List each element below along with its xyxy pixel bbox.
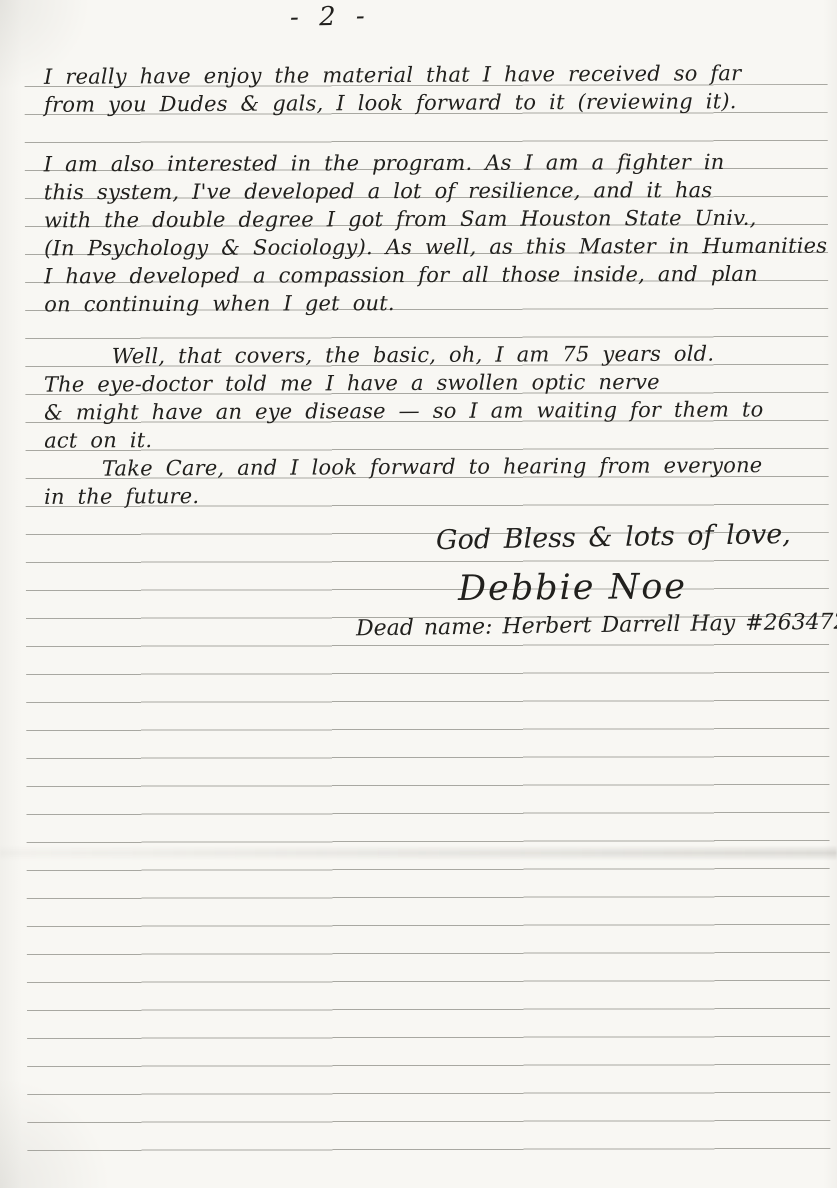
paragraph-program: I am also interested in the program. As … [44,148,828,319]
paragraph-health: Well, that covers, the basic, oh, I am 7… [44,339,764,454]
paragraph-farewell: Take Care, and I look forward to hearing… [44,451,763,511]
paragraph-intro: I really have enjoy the material that I … [44,59,742,119]
handwritten-line: I have developed a compassion for all th… [44,260,827,291]
handwritten-line: on continuing when I get out. [44,288,827,319]
handwritten-line: act on it. [44,423,764,454]
handwritten-line: I really have enjoy the material that I … [44,59,742,91]
handwritten-line: Well, that covers, the basic, oh, I am 7… [44,339,764,370]
paper-fold-crease [0,845,837,861]
handwritten-line: (In Psychology & Sociology). As well, as… [44,232,827,263]
handwritten-line: from you Dudes & gals, I look forward to… [44,87,742,119]
handwritten-line: with the double degree I got from Sam Ho… [44,204,827,235]
handwritten-line: Take Care, and I look forward to hearing… [44,451,763,483]
handwritten-line: in the future. [44,479,763,511]
signature-name: Debbie Noe [458,567,687,609]
handwritten-line: I am also interested in the program. As … [44,148,827,179]
scanned-letter-page: - 2 - I really have enjoy the material t… [0,0,837,1188]
handwritten-line: this system, I've developed a lot of res… [44,176,827,207]
handwritten-line: The eye-doctor told me I have a swollen … [44,367,764,398]
page-number: - 2 - [290,1,371,32]
valediction: God Bless & lots of love, [436,519,791,556]
handwritten-line: & might have an eye disease — so I am wa… [44,395,764,426]
